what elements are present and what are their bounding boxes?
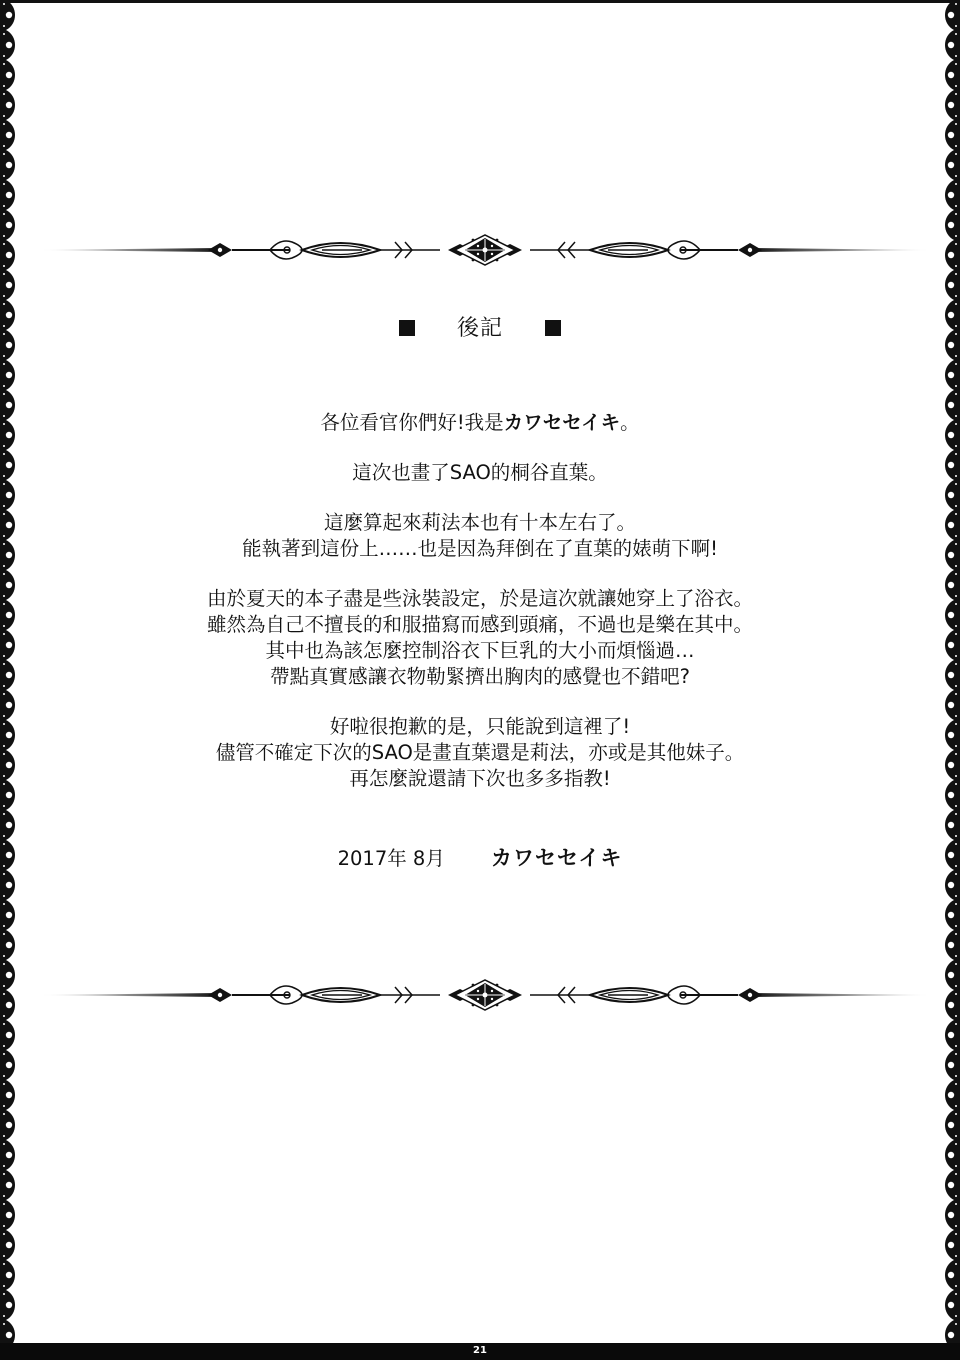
ornamental-divider-top-icon [40, 230, 930, 270]
text-line: 再怎麼說還請下次也多多指教! [0, 766, 960, 792]
signature-date: 2017年 8月 [338, 847, 445, 870]
paragraph-yukata: 由於夏天的本子盡是些泳裝設定，於是這次就讓她穿上了浴衣。 雖然為自己不擅長的和服… [0, 586, 960, 690]
text-line: 好啦很抱歉的是，只能說到這裡了! [0, 714, 960, 740]
text-line: 這次也畫了SAO的桐谷直葉。 [0, 460, 960, 486]
text-line: 由於夏天的本子盡是些泳裝設定，於是這次就讓她穿上了浴衣。 [0, 586, 960, 612]
page-number: 21 [0, 1344, 960, 1358]
text-line: 儘管不確定下次的SAO是畫直葉還是莉法，亦或是其他妹子。 [0, 740, 960, 766]
top-border [0, 0, 960, 3]
text-line: 雖然為自己不擅長的和服描寫而感到頭痛，不過也是樂在其中。 [0, 612, 960, 638]
paragraph-greeting: 各位看官你們好!我是カワセセイキ。 [0, 410, 960, 436]
paragraph-count: 這麼算起來莉法本也有十本左右了。 能執著到這份上……也是因為拜倒在了直葉的婊萌下… [0, 510, 960, 562]
text-line: 其中也為該怎麼控制浴衣下巨乳的大小而煩惱過… [0, 638, 960, 664]
signature: 2017年 8月 カワセセイキ [0, 843, 960, 874]
text-line: 這麼算起來莉法本也有十本左右了。 [0, 510, 960, 536]
heading-title: 後記 [457, 312, 503, 346]
afterword-body: 各位看官你們好!我是カワセセイキ。 這次也畫了SAO的桐谷直葉。 這麼算起來莉法… [0, 410, 960, 816]
line-end: 。 [620, 411, 640, 434]
text-line: 各位看官你們好!我是カワセセイキ。 [0, 410, 960, 436]
ornamental-divider-bottom-icon [40, 975, 930, 1015]
paragraph-subject: 這次也畫了SAO的桐谷直葉。 [0, 460, 960, 486]
square-bullet-right-icon [545, 320, 561, 336]
signature-author: カワセセイキ [491, 846, 622, 870]
text-line: 帶點真實感讓衣物勒緊擠出胸肉的感覺也不錯吧? [0, 664, 960, 690]
paragraph-closing: 好啦很抱歉的是，只能說到這裡了! 儘管不確定下次的SAO是畫直葉還是莉法，亦或是… [0, 714, 960, 792]
line-text: 各位看官你們好!我是 [320, 411, 503, 434]
square-bullet-left-icon [399, 320, 415, 336]
afterword-heading: 後記 [0, 312, 960, 346]
author-name-inline: カワセセイキ [504, 411, 620, 434]
text-line: 能執著到這份上……也是因為拜倒在了直葉的婊萌下啊! [0, 536, 960, 562]
